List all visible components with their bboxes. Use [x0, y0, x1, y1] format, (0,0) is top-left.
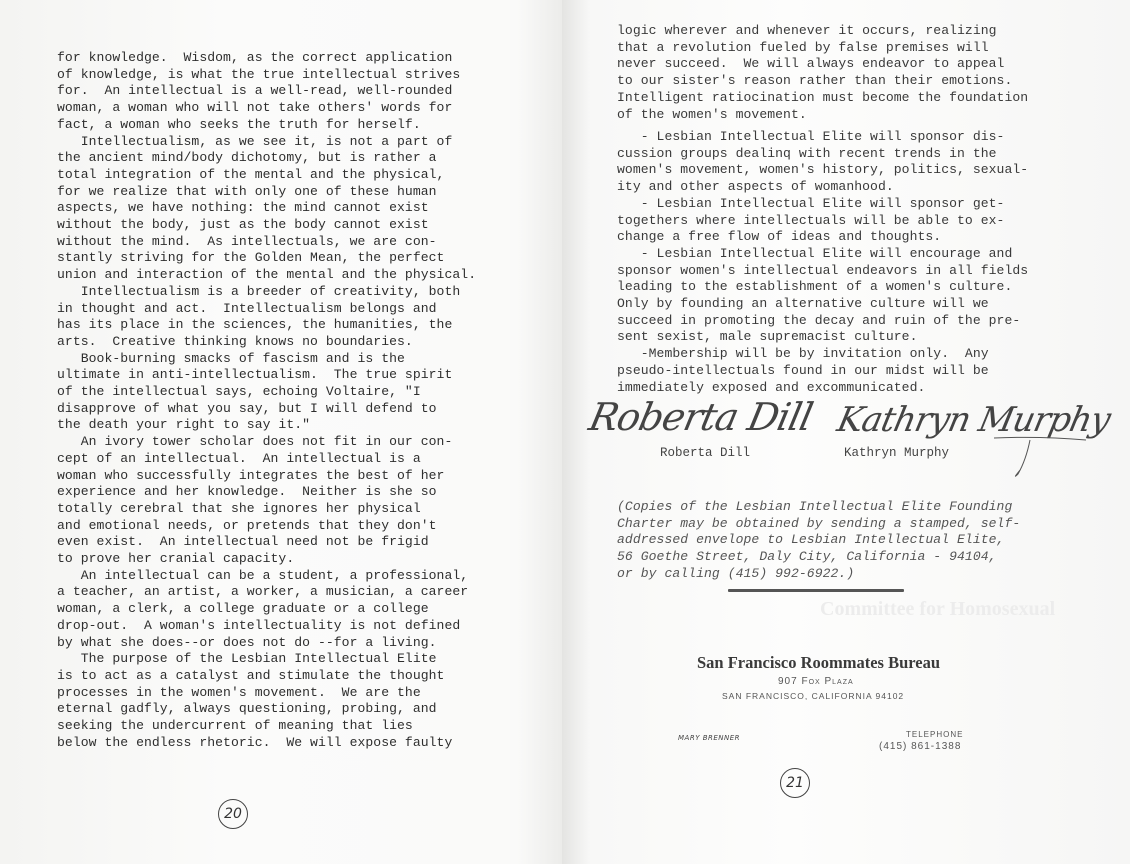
note-line: or by calling (415) 992-6922.) [617, 565, 854, 582]
text-line: without the body, just as the body canno… [57, 216, 429, 233]
text-line: Only by founding an alternative culture … [617, 295, 989, 312]
left-page-body: for knowledge. Wisdom, as the correct ap… [57, 49, 89, 709]
text-line: processes in the women's movement. We ar… [57, 684, 421, 701]
text-line: of the women's movement. [617, 106, 807, 123]
text-line: of the intellectual says, echoing Voltai… [57, 383, 421, 400]
text-line: is to act as a catalyst and stimulate th… [57, 667, 444, 684]
text-line: by what she does--or does not do --for a… [57, 634, 437, 651]
page-number-right: 21 [780, 768, 810, 798]
text-line: a teacher, an artist, a worker, a musici… [57, 583, 468, 600]
letterhead-title: San Francisco Roommates Bureau [697, 653, 940, 673]
text-line: disapprove of what you say, but I will d… [57, 400, 437, 417]
text-line: woman, a woman who will not take others'… [57, 99, 452, 116]
text-line: sent sexist, male supremacist culture. [617, 328, 918, 345]
text-line: that a revolution fueled by false premis… [617, 39, 989, 56]
text-line: succeed in promoting the decay and ruin … [617, 312, 1020, 329]
text-line: of knowledge, is what the true intellect… [57, 66, 460, 83]
note-line: 56 Goethe Street, Daly City, California … [617, 548, 997, 565]
charter-note: (Copies of the Lesbian Intellectual Elit… [617, 498, 649, 603]
text-line: An ivory tower scholar does not fit in o… [57, 433, 452, 450]
typed-name-roberta-dill: Roberta Dill [660, 446, 750, 460]
text-line: for we realize that with only one of the… [57, 183, 437, 200]
text-line: woman, a clerk, a college graduate or a … [57, 600, 429, 617]
text-line: Book-burning smacks of fascism and is th… [57, 350, 405, 367]
text-line: never succeed. We will always endeavor t… [617, 55, 1004, 72]
bleed-through-text: Committee for Homosexual [820, 598, 1055, 621]
text-line: for. An intellectual is a well-read, wel… [57, 82, 452, 99]
text-line: An intellectual can be a student, a prof… [57, 567, 468, 584]
letterhead-address-1: 907 Fox Plaza [778, 676, 854, 687]
text-line: below the endless rhetoric. We will expo… [57, 734, 452, 751]
text-line: fact, a woman who seeks the truth for he… [57, 116, 421, 133]
text-line: and emotional needs, or pretends that th… [57, 517, 437, 534]
text-line: the ancient mind/body dichotomy, but is … [57, 149, 437, 166]
text-line: ultimate in anti-intellectualism. The tr… [57, 366, 452, 383]
text-line: cussion groups dealinq with recent trend… [617, 145, 997, 162]
right-page-body: logic wherever and whenever it occurs, r… [617, 22, 649, 382]
text-line: Intellectualism is a breeder of creativi… [57, 283, 460, 300]
text-line: togethers where intellectuals will be ab… [617, 212, 1004, 229]
text-line: union and interaction of the mental and … [57, 266, 476, 283]
signature-flourish [990, 410, 1090, 480]
text-line: for knowledge. Wisdom, as the correct ap… [57, 49, 452, 66]
note-line: Charter may be obtained by sending a sta… [617, 515, 1020, 532]
text-line: stantly striving for the Golden Mean, th… [57, 249, 444, 266]
text-line: sponsor women's intellectual endeavors i… [617, 262, 1028, 279]
text-line: eternal gadfly, always questioning, prob… [57, 700, 437, 717]
text-line: to prove her cranial capacity. [57, 550, 294, 567]
text-line: the death your right to say it." [57, 416, 310, 433]
text-line: Intelligent ratiocination must become th… [617, 89, 1028, 106]
text-line: aspects, we have nothing: the mind canno… [57, 199, 429, 216]
text-line: women's movement, women's history, polit… [617, 161, 1028, 178]
note-line: addressed envelope to Lesbian Intellectu… [617, 531, 1004, 548]
text-line: arts. Creative thinking knows no boundar… [57, 333, 413, 350]
text-line: to our sister's reason rather than their… [617, 72, 1012, 89]
page-number-left: 20 [218, 799, 248, 829]
text-line: in thought and act. Intellectualism belo… [57, 300, 437, 317]
text-line: - Lesbian Intellectual Elite will sponso… [617, 195, 1004, 212]
contact-name-handwritten: MARY BRENNER [678, 734, 740, 742]
text-line: without the mind. As intellectuals, we a… [57, 233, 437, 250]
text-line: ity and other aspects of womanhood. [617, 178, 894, 195]
text-line: The purpose of the Lesbian Intellectual … [57, 650, 437, 667]
signature-roberta-dill: Roberta Dill [585, 395, 816, 439]
text-line: leading to the establishment of a women'… [617, 278, 1012, 295]
text-line: logic wherever and whenever it occurs, r… [617, 22, 997, 39]
text-line: -Membership will be by invitation only. … [617, 345, 989, 362]
text-line: Intellectualism, as we see it, is not a … [57, 133, 452, 150]
text-line: - Lesbian Intellectual Elite will sponso… [617, 128, 1004, 145]
text-line: change a free flow of ideas and thoughts… [617, 228, 941, 245]
text-line: - Lesbian Intellectual Elite will encour… [617, 245, 1012, 262]
text-line: totally cerebral that she ignores her ph… [57, 500, 421, 517]
text-line: seeking the undercurrent of meaning that… [57, 717, 413, 734]
note-line: (Copies of the Lesbian Intellectual Elit… [617, 498, 1012, 515]
text-line: total integration of the mental and the … [57, 166, 444, 183]
typed-name-kathryn-murphy: Kathryn Murphy [844, 446, 949, 460]
telephone-number: (415) 861-1388 [879, 741, 961, 752]
text-line: has its place in the sciences, the human… [57, 316, 452, 333]
text-line: drop-out. A woman's intellectuality is n… [57, 617, 460, 634]
scanned-book-spread: Committee for Homosexual for knowledge. … [0, 0, 1130, 864]
divider-rule [728, 589, 904, 592]
letterhead-address-2: San Francisco, California 94102 [722, 691, 904, 701]
text-line: even exist. An intellectual need not be … [57, 533, 429, 550]
text-line: immediately exposed and excommunicated. [617, 379, 925, 396]
text-line: cept of an intellectual. An intellectual… [57, 450, 421, 467]
text-line: woman who successfully integrates the be… [57, 467, 444, 484]
text-line: experience and her knowledge. Neither is… [57, 483, 437, 500]
telephone-label: TELEPHONE [906, 730, 963, 739]
text-line: pseudo-intellectuals found in our midst … [617, 362, 989, 379]
